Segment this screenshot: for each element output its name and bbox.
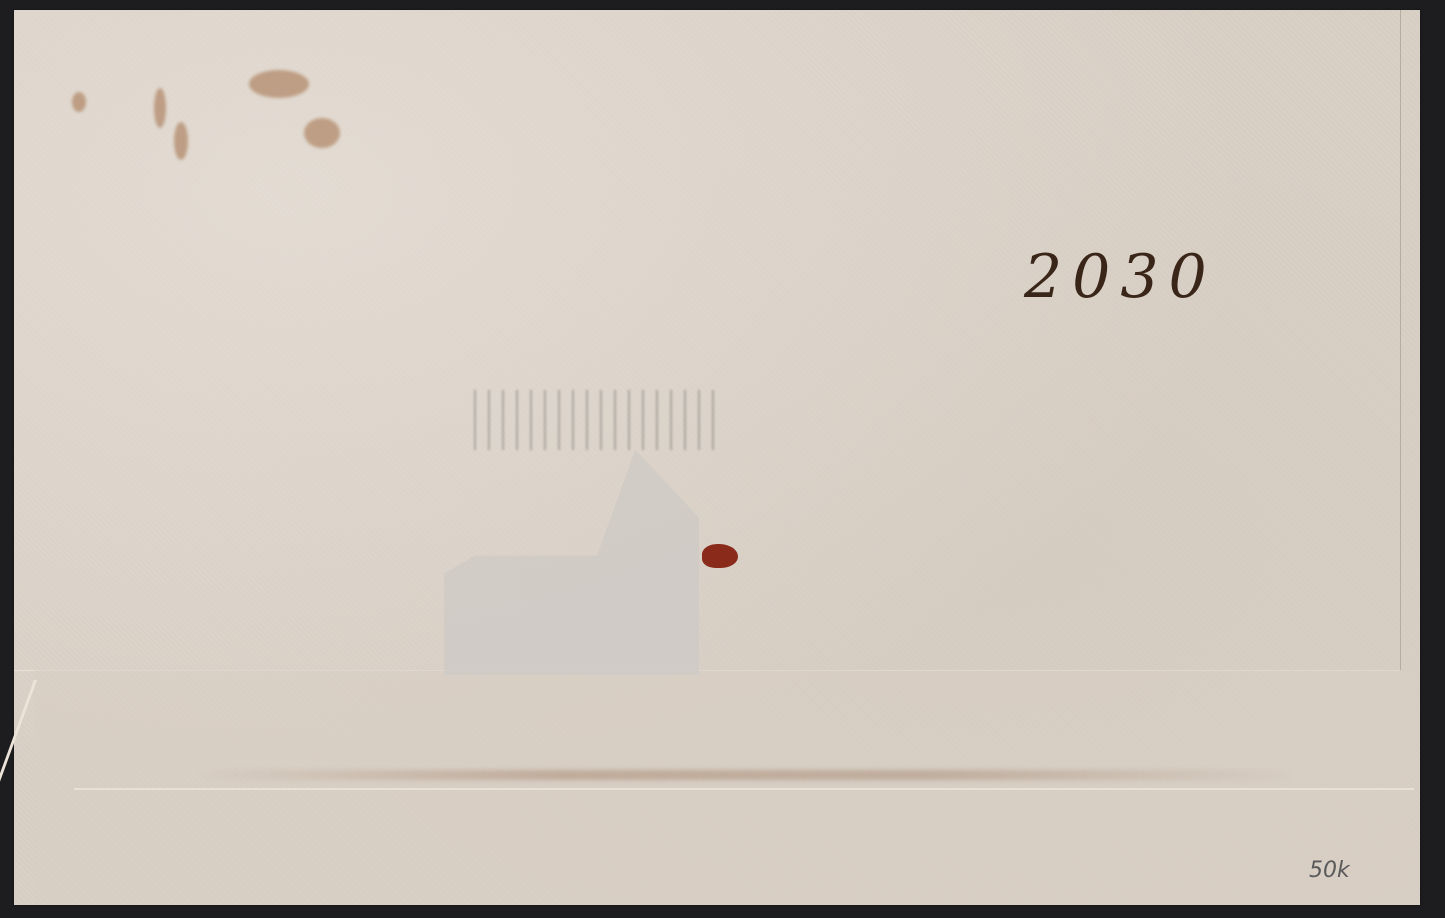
ink-stain — [174, 122, 188, 160]
ink-number-annotation: 2030 — [1024, 242, 1217, 312]
wax-seal-fragment — [702, 544, 738, 568]
top-panel — [14, 10, 1401, 671]
fold-line — [74, 788, 1414, 790]
ink-stain — [304, 118, 340, 148]
ink-stain — [72, 92, 86, 112]
letter-sheet: 2030 50k — [14, 10, 1420, 905]
ink-stain — [249, 70, 309, 98]
faded-postmark — [474, 390, 714, 450]
pencil-note: 50k — [1309, 858, 1350, 883]
flap-fold-edge — [0, 680, 37, 918]
ink-stain — [154, 88, 166, 128]
fold-stain — [194, 770, 1294, 780]
